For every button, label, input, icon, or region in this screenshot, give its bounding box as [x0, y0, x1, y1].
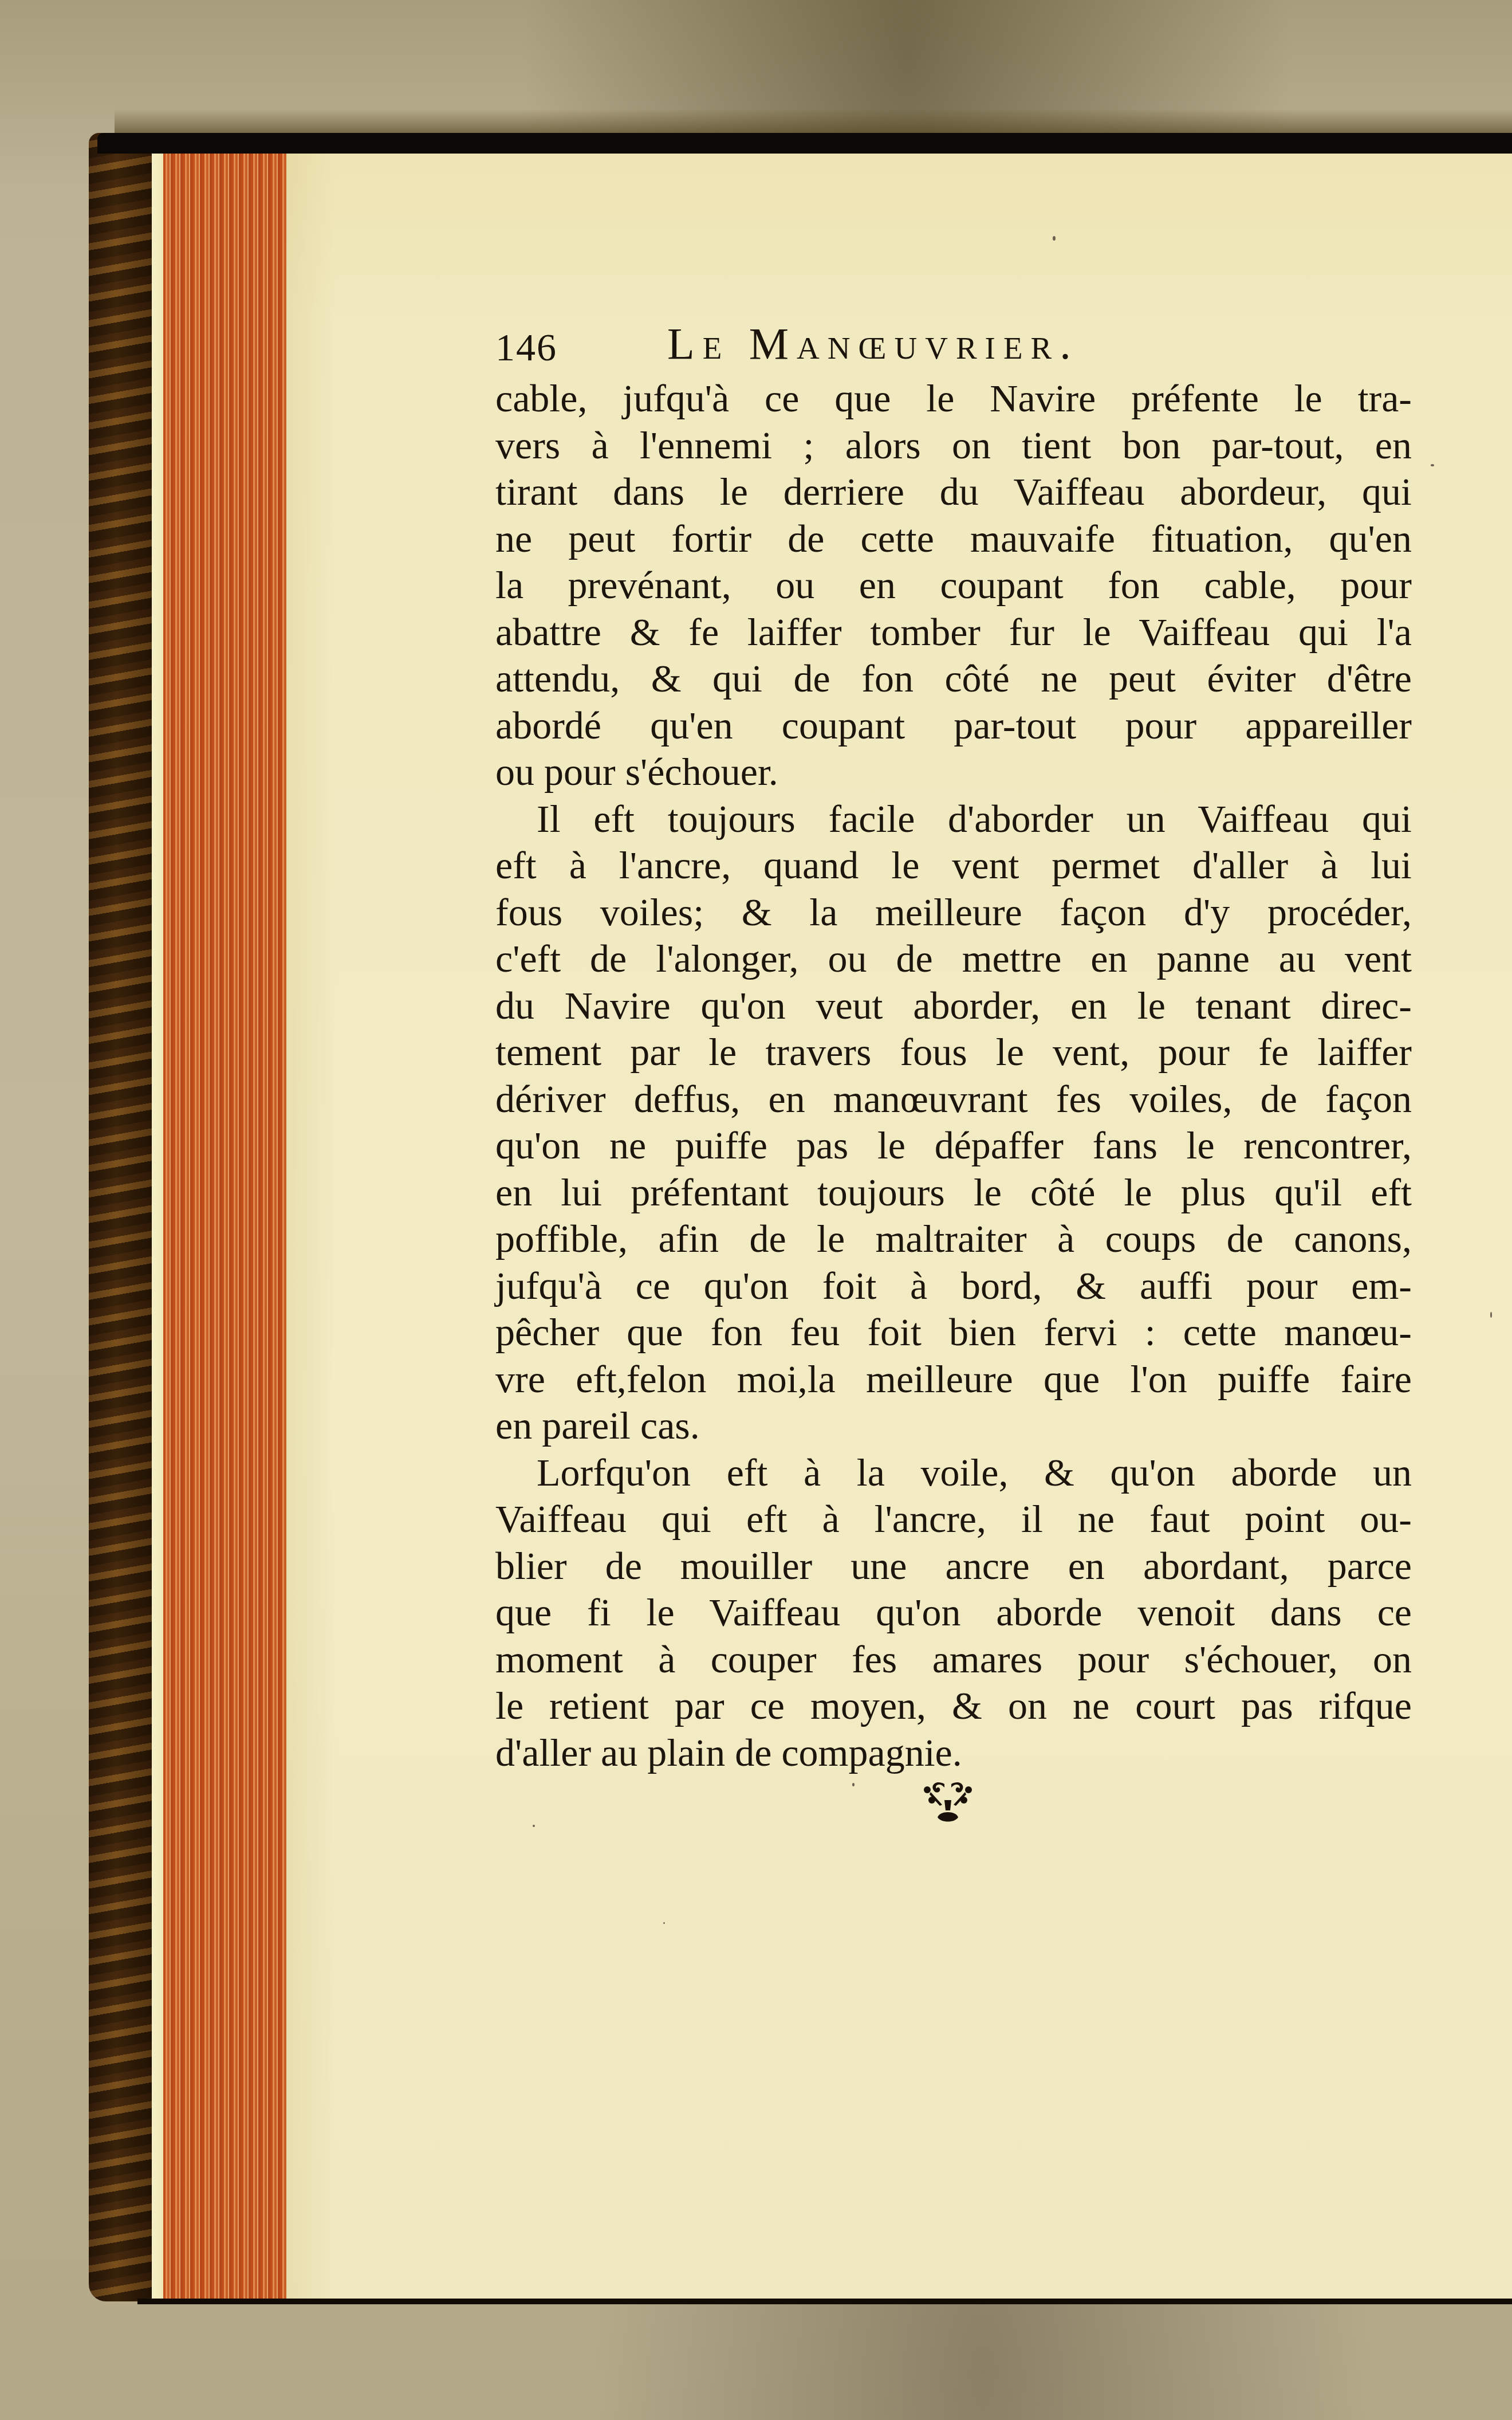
page-number: 146 [495, 325, 557, 370]
top-board-edge [97, 133, 1512, 154]
text-line: c'eft de l'alonger, ou de mettre en pann… [495, 936, 1412, 983]
text-line: tirant dans le derriere du Vaiffeau abor… [495, 469, 1412, 516]
text-line: qu'on ne puiffe pas le dépaffer fans le … [495, 1122, 1412, 1169]
text-line: vre eft,felon moi,la meilleure que l'on … [495, 1356, 1412, 1403]
page-header: 146 Le Manœuvrier. [495, 318, 1412, 370]
paper-speck [663, 1922, 665, 1924]
text-line: du Navire qu'on veut aborder, en le tena… [495, 983, 1412, 1030]
text-line: que fi le Vaiffeau qu'on aborde venoit d… [495, 1589, 1412, 1636]
running-title: Le Manœuvrier. [667, 318, 1079, 370]
text-line: dériver deffus, en manœuvrant fes voiles… [495, 1076, 1412, 1123]
paper-speck [1490, 1312, 1492, 1318]
paper-speck [1053, 236, 1056, 241]
text-line: le retient par ce moyen, & on ne court p… [495, 1683, 1412, 1730]
fleuron-ornament-icon [919, 1775, 976, 1826]
text-line: moment à couper fes amares pour s'échoue… [495, 1636, 1412, 1683]
text-line: vers à l'ennemi ; alors on tient bon par… [495, 422, 1412, 469]
text-line: ou pour s'échouer. [495, 749, 1412, 796]
paper-speck [533, 1825, 535, 1827]
text-line: blier de mouiller une ancre en abordant,… [495, 1543, 1412, 1590]
text-line: jufqu'à ce qu'on foit à bord, & auffi po… [495, 1263, 1412, 1310]
text-line: d'aller au plain de compagnie. [495, 1730, 1412, 1777]
red-page-edges [163, 154, 286, 2299]
body-text: cable, jufqu'à ce que le Navire préfente… [495, 375, 1412, 1776]
text-line: abattre & fe laiffer tomber fur le Vaiff… [495, 609, 1412, 656]
bottom-board-edge [137, 2299, 1512, 2304]
text-line: la prevénant, ou en coupant fon cable, p… [495, 562, 1412, 609]
text-line: eft à l'ancre, quand le vent permet d'al… [495, 842, 1412, 889]
text-line: pêcher que fon feu foit bien fervi : cet… [495, 1309, 1412, 1356]
text-line: abordé qu'en coupant par-tout pour appar… [495, 702, 1412, 749]
text-line: ne peut fortir de cette mauvaife fituati… [495, 516, 1412, 563]
text-line: en pareil cas. [495, 1402, 1412, 1449]
text-line: attendu, & qui de fon côté ne peut évite… [495, 655, 1412, 702]
text-line: en lui préfentant toujours le côté le pl… [495, 1169, 1412, 1216]
page-edge-highlight [152, 154, 164, 2299]
text-line: fous voiles; & la meilleure façon d'y pr… [495, 889, 1412, 936]
book-cover-leather [89, 133, 157, 2301]
paper-speck [852, 1783, 855, 1786]
paper-speck [1431, 464, 1434, 466]
text-line: poffible, afin de le maltraiter à coups … [495, 1216, 1412, 1263]
text-line: Vaiffeau qui eft à l'ancre, il ne faut p… [495, 1496, 1412, 1543]
paragraph-start-line: Il eft toujours facile d'aborder un Vaif… [495, 796, 1412, 843]
text-line: tement par le travers fous le vent, pour… [495, 1029, 1412, 1076]
text-line: cable, jufqu'à ce que le Navire préfente… [495, 375, 1412, 422]
paragraph-start-line: Lorfqu'on eft à la voile, & qu'on aborde… [495, 1449, 1412, 1496]
